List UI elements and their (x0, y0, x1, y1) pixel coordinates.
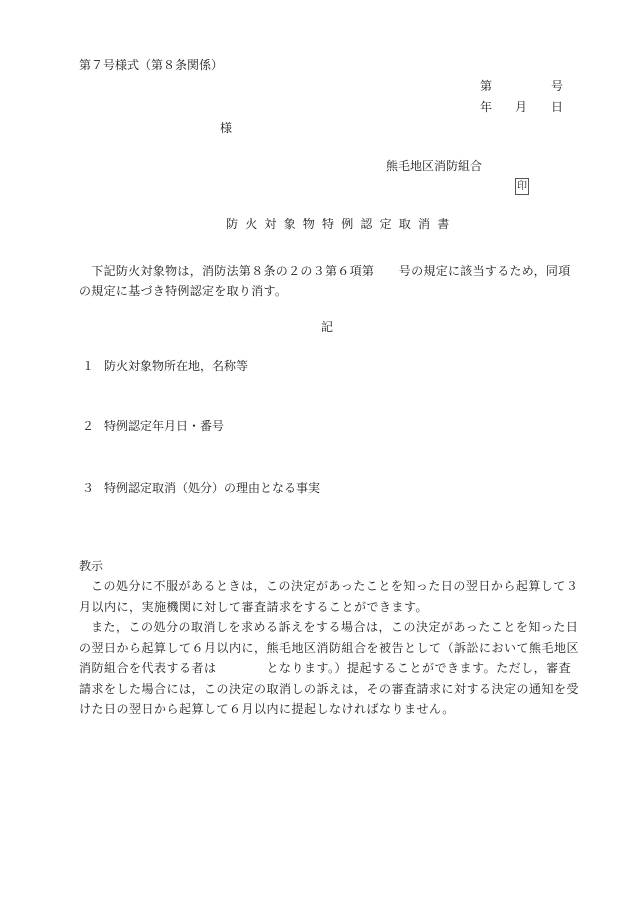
notice-paragraph-review: この処分に不服があるときは，この決定があったことを知った日の翌日から起算して３月… (79, 576, 579, 617)
date-year-label: 年 (480, 101, 492, 113)
issuer-name: 熊毛地区消防組合 (386, 160, 482, 172)
item-label: 防火対象物所在地，名称等 (104, 359, 248, 373)
item-number: ２ (82, 420, 104, 432)
document-number-suffix: 号 (551, 80, 563, 92)
record-item-revocation-reason: ３特例認定取消（処分）の理由となる事実 (82, 482, 320, 494)
seal-stamp-icon: 印 (515, 178, 529, 195)
form-number: 第７号様式（第８条関係） (79, 59, 223, 71)
item-number: １ (82, 360, 104, 372)
body-paragraph: 下記防火対象物は，消防法第８条の２の３第６項第 号の規定に該当するため，同項の規… (79, 261, 579, 301)
date-month-label: 月 (515, 101, 527, 113)
date-day-label: 日 (551, 101, 563, 113)
record-item-location: １防火対象物所在地，名称等 (82, 360, 248, 372)
document-title: 防火対象物特例認定取消書 (226, 218, 456, 230)
record-item-certification-date: ２特例認定年月日・番号 (82, 420, 224, 432)
item-label: 特例認定取消（処分）の理由となる事実 (104, 481, 320, 495)
recipient-honorific: 様 (220, 122, 232, 134)
notice-paragraph-lawsuit: また，この処分の取消しを求める訴えをする場合は，この決定があったことを知った日の… (79, 617, 579, 720)
item-label: 特例認定年月日・番号 (104, 419, 224, 433)
item-number: ３ (82, 482, 104, 494)
document-number-prefix: 第 (480, 80, 492, 92)
record-heading: 記 (321, 321, 333, 333)
notice-heading: 教示 (79, 560, 103, 572)
